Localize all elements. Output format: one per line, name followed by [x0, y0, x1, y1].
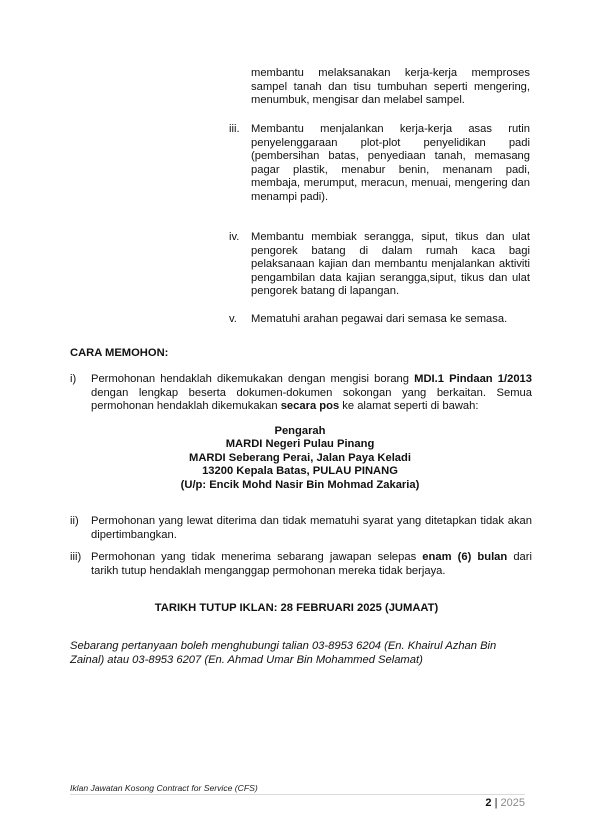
duty-item-text: Membantu menjalankan kerja-kerja asas ru… — [251, 123, 530, 205]
list-number: iv. — [229, 231, 249, 245]
duty-item-iv: iv. Membantu membiak serangga, siput, ti… — [229, 231, 530, 299]
section-heading: CARA MEMOHON: — [70, 347, 168, 361]
application-item-iii: iii) Permohonan yang tidak menerima seba… — [70, 551, 532, 578]
closing-date: TARIKH TUTUP IKLAN: 28 FEBRUARI 2025 (JU… — [0, 602, 593, 616]
footer-year: 2025 — [501, 797, 525, 809]
page-number: 2 | 2025 — [485, 797, 525, 811]
footer-divider — [70, 794, 525, 795]
application-item-i: i) Permohonan hendaklah dikemukakan deng… — [70, 373, 532, 414]
page-number-value: 2 — [485, 797, 491, 809]
duty-item-iii: iii. Membantu menjalankan kerja-kerja as… — [229, 123, 530, 205]
application-item-text: Permohonan yang lewat diterima dan tidak… — [91, 515, 532, 542]
list-number: i) — [70, 373, 76, 387]
mailing-address: Pengarah MARDI Negeri Pulau Pinang MARDI… — [150, 425, 450, 492]
page-separator: | — [495, 797, 498, 809]
application-item-text: Permohonan hendaklah dikemukakan dengan … — [91, 373, 532, 414]
address-line: MARDI Seberang Perai, Jalan Paya Keladi — [150, 452, 450, 465]
contact-info: Sebarang pertanyaan boleh menghubungi ta… — [70, 640, 532, 667]
list-number: iii) — [70, 551, 81, 565]
duty-item-text: membantu melaksanakan kerja-kerja mempro… — [251, 67, 530, 108]
application-item-ii: ii) Permohonan yang lewat diterima dan t… — [70, 515, 532, 542]
address-line: 13200 Kepala Batas, PULAU PINANG — [150, 465, 450, 478]
document-page: membantu melaksanakan kerja-kerja mempro… — [0, 0, 593, 828]
submission-method: secara pos — [281, 400, 339, 412]
application-item-text: Permohonan yang tidak menerima sebarang … — [91, 551, 532, 578]
form-name: MDI.1 Pindaan 1/2013 — [414, 373, 532, 385]
response-period: enam (6) bulan — [422, 551, 507, 563]
address-line: MARDI Negeri Pulau Pinang — [150, 438, 450, 451]
duty-item-text: Membantu membiak serangga, siput, tikus … — [251, 231, 530, 299]
duty-item-continuation: membantu melaksanakan kerja-kerja mempro… — [229, 67, 530, 108]
address-line: (U/p: Encik Mohd Nasir Bin Mohmad Zakari… — [150, 479, 450, 492]
list-number: ii) — [70, 515, 79, 529]
address-line: Pengarah — [150, 425, 450, 438]
list-number: v. — [229, 313, 243, 327]
duty-item-v: v. Mematuhi arahan pegawai dari semasa k… — [229, 313, 530, 327]
duty-item-text: Mematuhi arahan pegawai dari semasa ke s… — [251, 313, 530, 327]
list-number: iii. — [229, 123, 249, 137]
